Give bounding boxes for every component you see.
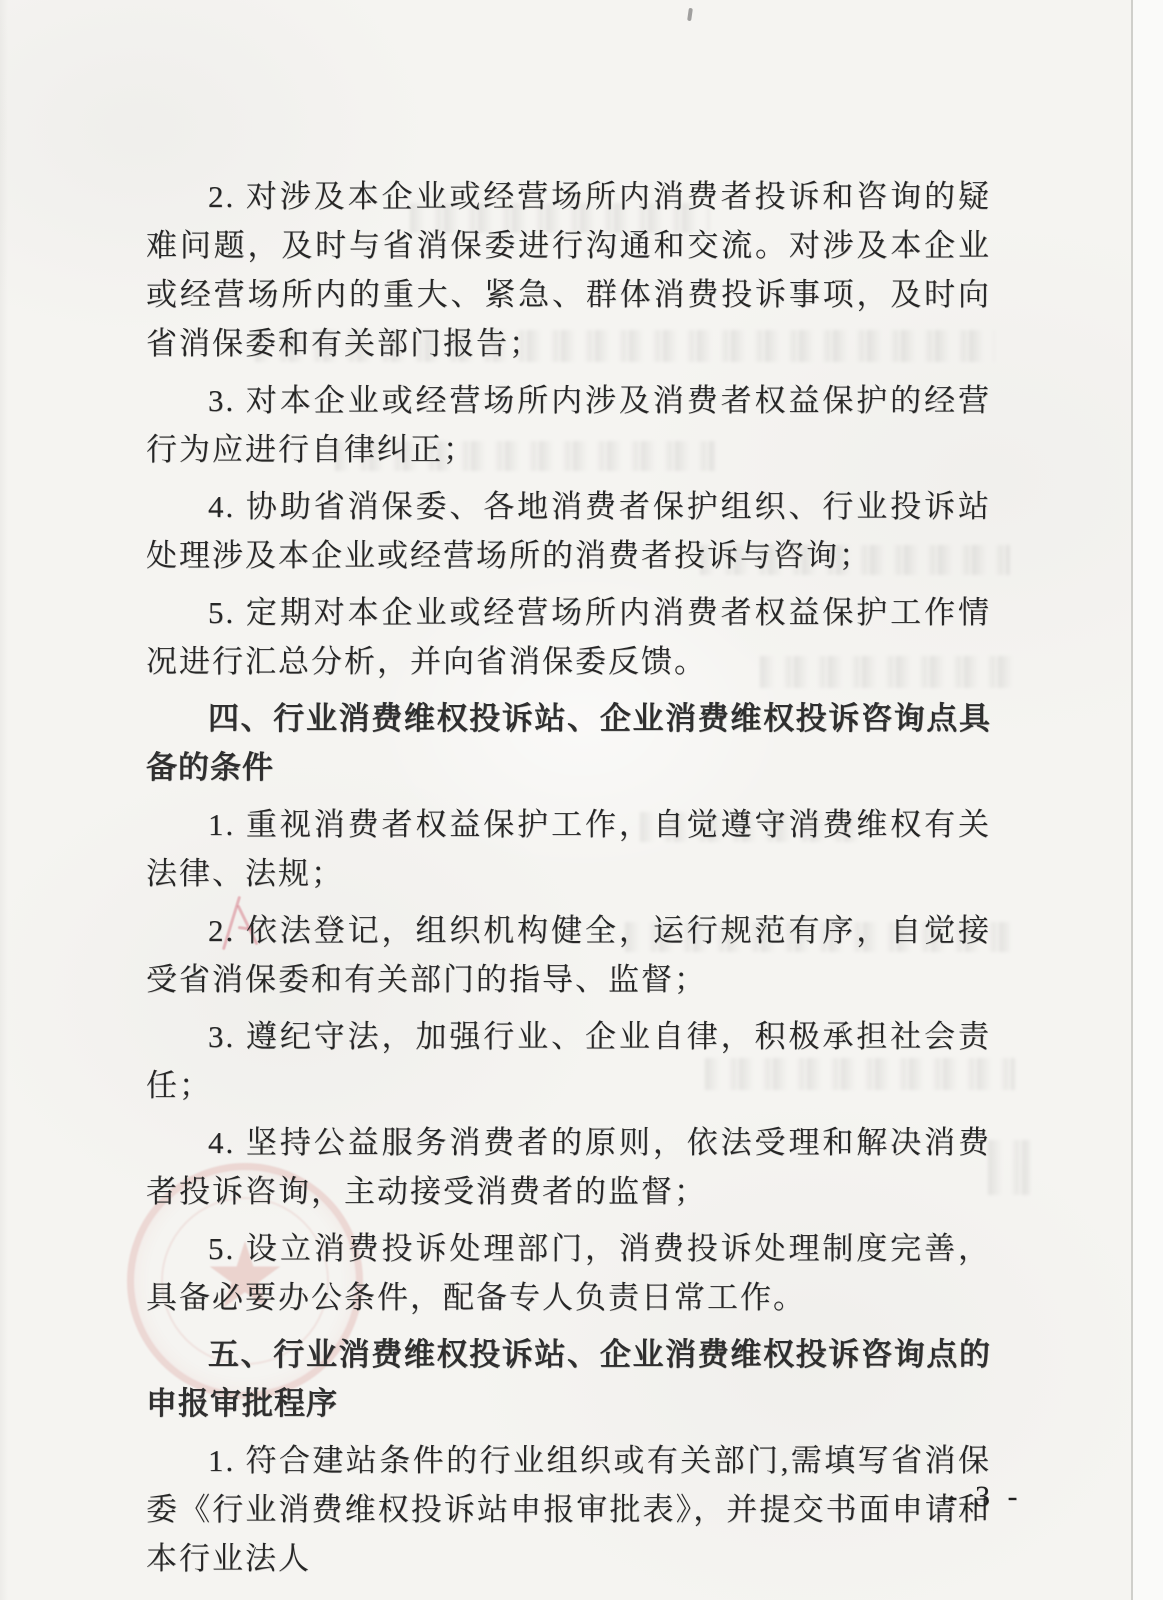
body-paragraph: 1. 重视消费者权益保护工作，自觉遵守消费维权有关法律、法规；	[146, 800, 991, 898]
body-paragraph: 5. 设立消费投诉处理部门，消费投诉处理制度完善，具备必要办公条件，配备专人负责…	[146, 1224, 991, 1322]
scanned-document-page: ★ 2. 对涉及本企业或经营场所内消费者投诉和咨询的疑难问题，及时与省消保委进行…	[0, 0, 1163, 1600]
body-paragraph: 2. 依法登记，组织机构健全，运行规范有序，自觉接受省消保委和有关部门的指导、监…	[146, 906, 991, 1004]
bleedthrough-artifact	[988, 1140, 1030, 1195]
body-paragraph: 1. 符合建站条件的行业组织或有关部门,需填写省消保委《行业消费维权投诉站申报审…	[146, 1436, 991, 1583]
body-paragraph: 2. 对涉及本企业或经营场所内消费者投诉和咨询的疑难问题，及时与省消保委进行沟通…	[146, 172, 991, 368]
body-paragraph: 4. 坚持公益服务消费者的原则，依法受理和解决消费者投诉咨询，主动接受消费者的监…	[146, 1118, 991, 1216]
body-paragraph: 3. 对本企业或经营场所内涉及消费者权益保护的经营行为应进行自律纠正；	[146, 376, 991, 474]
section-heading: 五、行业消费维权投诉站、企业消费维权投诉咨询点的申报审批程序	[146, 1330, 991, 1428]
document-body: 2. 对涉及本企业或经营场所内消费者投诉和咨询的疑难问题，及时与省消保委进行沟通…	[146, 172, 991, 1591]
body-paragraph: 3. 遵纪守法，加强行业、企业自律，积极承担社会责任；	[146, 1012, 991, 1110]
scan-left-edge-shade	[0, 0, 8, 1600]
page-number: - 3 -	[930, 1480, 1040, 1514]
body-paragraph: 4. 协助省消保委、各地消费者保护组织、行业投诉站处理涉及本企业或经营场所的消费…	[146, 482, 991, 580]
scan-page-edge	[1131, 0, 1163, 1600]
body-paragraph: 5. 定期对本企业或经营场所内消费者权益保护工作情况进行汇总分析，并向省消保委反…	[146, 588, 991, 686]
scan-speck	[687, 8, 693, 21]
section-heading: 四、行业消费维权投诉站、企业消费维权投诉咨询点具备的条件	[146, 694, 991, 792]
